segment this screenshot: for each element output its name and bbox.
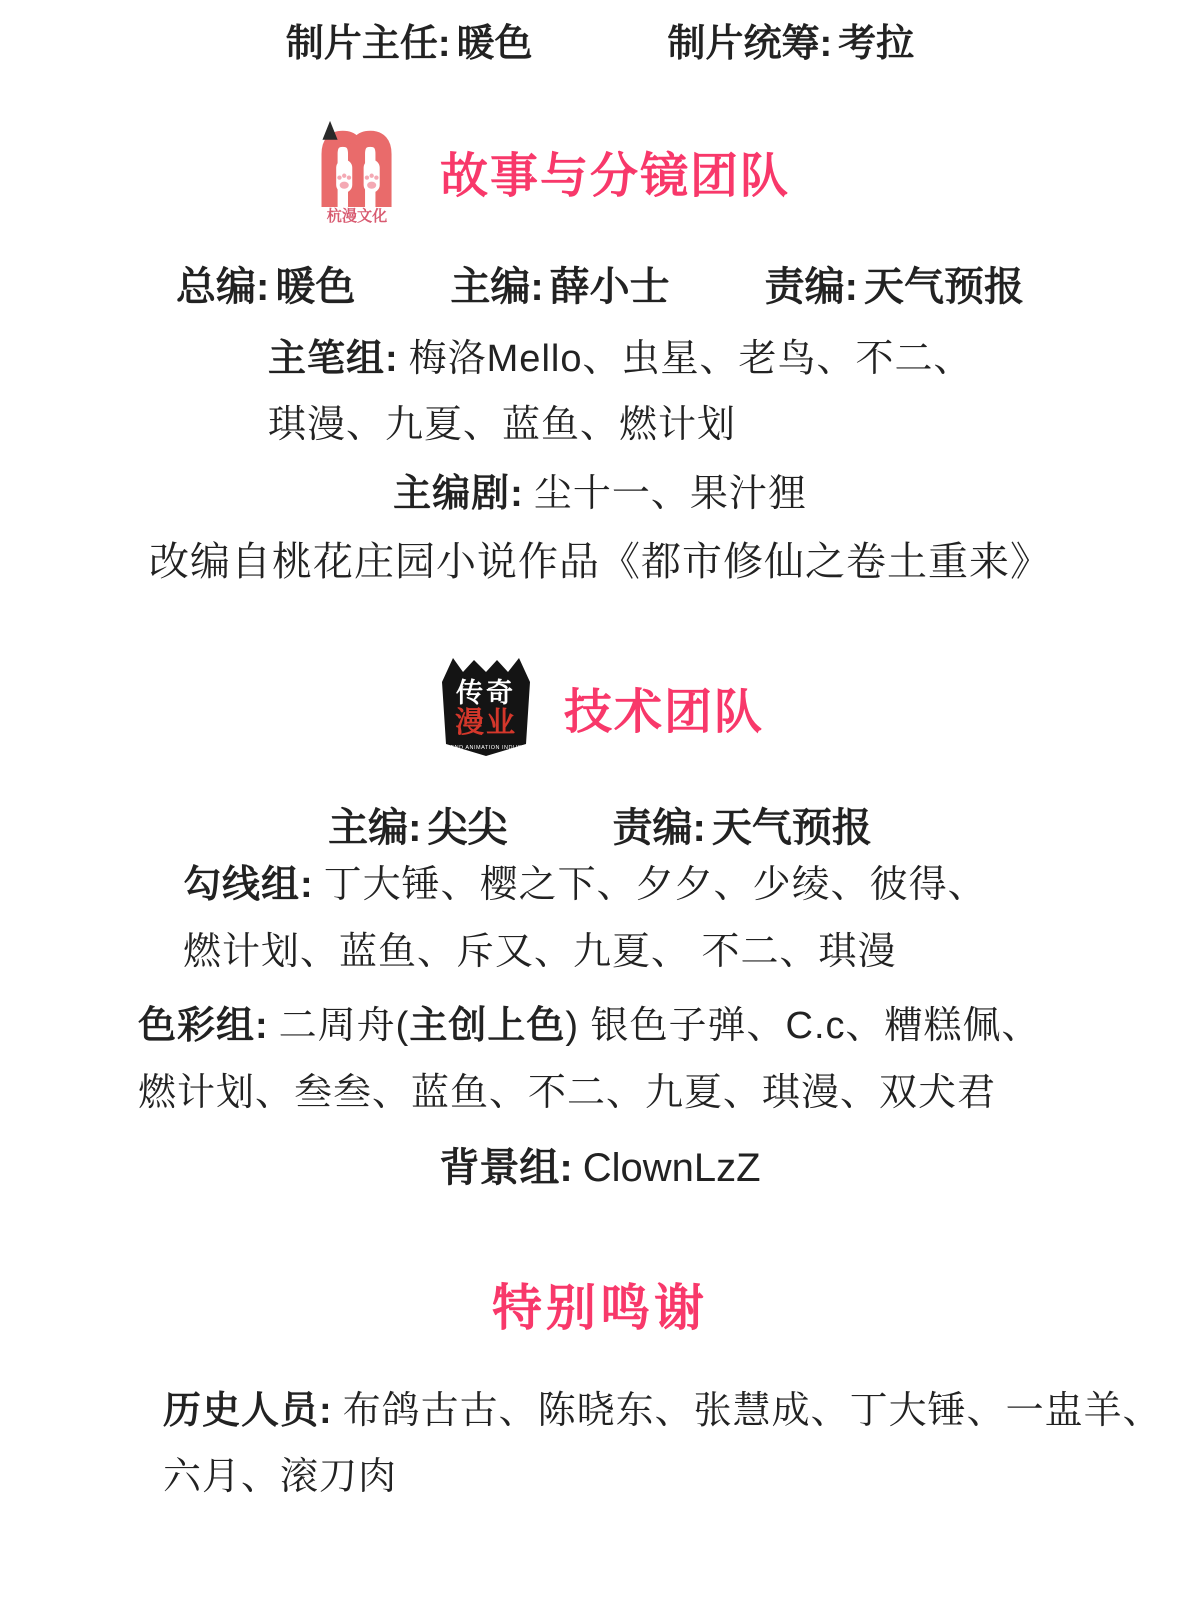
coordinator-label: 制片统筹:: [668, 23, 833, 65]
special-thanks-title: 特别鸣谢: [0, 1268, 1200, 1340]
producer-value: 暖色: [456, 23, 532, 65]
story-team-title: 故事与分镜团队: [440, 137, 790, 206]
tech-responsible-editor-label: 责编:: [613, 806, 706, 850]
tech-managing-editor-label: 主编:: [328, 806, 421, 850]
tech-editors-row: 主编:尖尖 责编:天气预报: [0, 796, 1200, 853]
story-team-header: 杭漫文化 故事与分镜团队: [0, 118, 1152, 224]
producer-credit: 制片主任:暖色: [286, 12, 533, 67]
adaptation-note: 改编自桃花庄园小说作品《都市修仙之卷土重来》: [0, 530, 1200, 587]
legend-logo-line1: 传奇: [456, 677, 516, 708]
color-group-line1: 色彩组:二周舟(主创上色) 银色子弹、C.c、糟糕佩、: [138, 993, 1041, 1060]
outline-group-names-1: 丁大锤、樱之下、夕夕、少绫、彼得、: [324, 864, 987, 906]
color-group-names-1b: ) 银色子弹、C.c、糟糕佩、: [565, 1005, 1040, 1047]
responsible-editor-credit: 责编:天气预报: [765, 255, 1024, 312]
color-group-line2: 燃计划、叁叁、蓝鱼、不二、九夏、琪漫、双犬君: [138, 1060, 1041, 1127]
chief-editor-value: 暖色: [275, 265, 355, 309]
screenwriter-names: 尘十一、果汁狸: [534, 473, 807, 515]
production-credits-row: 制片主任:暖色 制片统筹:考拉: [0, 12, 1200, 67]
responsible-editor-label: 责编:: [765, 265, 858, 309]
credits-page: 制片主任:暖色 制片统筹:考拉 杭漫文化 故事与分镜团队 总编:暖色: [0, 0, 1200, 1618]
managing-editor-value: 薛小士: [550, 265, 670, 309]
legend-animation-logo-icon: 传奇 漫业 LEGEND ANIMATION INDUSTRY: [436, 650, 536, 764]
legend-logo-caption: LEGEND ANIMATION INDUSTRY: [438, 745, 534, 751]
producer-label: 制片主任:: [286, 23, 451, 65]
responsible-editor-value: 天气预报: [864, 265, 1024, 309]
pen-group-block: 主笔组:梅洛Mello、虫星、老鸟、不二、 琪漫、九夏、蓝鱼、燃计划: [268, 326, 972, 458]
history-staff-line2: 六月、滚刀肉: [163, 1444, 1162, 1510]
color-group-names-1a: 二周舟(: [279, 1005, 410, 1047]
outline-group-line1: 勾线组:丁大锤、樱之下、夕夕、少绫、彼得、: [183, 852, 987, 919]
tech-managing-editor-value: 尖尖: [428, 806, 508, 850]
history-staff-names-1: 布鸽古古、陈晓东、张慧成、丁大锤、一盅羊、: [343, 1390, 1162, 1432]
story-editors-row: 总编:暖色 主编:薛小士 责编:天气预报: [0, 255, 1200, 312]
screenwriter-label: 主编剧:: [393, 473, 524, 515]
background-group-value: ClownLzZ: [583, 1146, 761, 1190]
background-group-row: 背景组:ClownLzZ: [0, 1136, 1200, 1193]
pen-group-line1: 主笔组:梅洛Mello、虫星、老鸟、不二、: [268, 326, 972, 392]
managing-editor-label: 主编:: [450, 265, 543, 309]
tech-team-header: 传奇 漫业 LEGEND ANIMATION INDUSTRY 技术团队: [0, 650, 1200, 764]
color-group-block: 色彩组:二周舟(主创上色) 银色子弹、C.c、糟糕佩、 燃计划、叁叁、蓝鱼、不二…: [138, 993, 1041, 1127]
coordinator-credit: 制片统筹:考拉: [668, 12, 915, 67]
hangman-culture-logo-icon: 杭漫文化: [314, 118, 400, 224]
screenwriter-row: 主编剧:尘十一、果汁狸: [0, 462, 1200, 517]
history-staff-line1: 历史人员:布鸽古古、陈晓东、张慧成、丁大锤、一盅羊、: [163, 1378, 1162, 1444]
chief-editor-credit: 总编:暖色: [176, 255, 355, 312]
chief-editor-label: 总编:: [176, 265, 269, 309]
outline-group-label: 勾线组:: [183, 864, 314, 906]
outline-group-block: 勾线组:丁大锤、樱之下、夕夕、少绫、彼得、 燃计划、蓝鱼、斥又、九夏、 不二、琪…: [183, 852, 987, 986]
legend-logo-line2: 漫业: [455, 706, 517, 739]
tech-responsible-editor-value: 天气预报: [712, 806, 872, 850]
pen-group-line2: 琪漫、九夏、蓝鱼、燃计划: [268, 392, 972, 458]
pen-group-label: 主笔组:: [268, 338, 399, 380]
outline-group-line2: 燃计划、蓝鱼、斥又、九夏、 不二、琪漫: [183, 919, 987, 986]
managing-editor-credit: 主编:薛小士: [450, 255, 669, 312]
tech-team-title: 技术团队: [564, 673, 764, 742]
history-staff-block: 历史人员:布鸽古古、陈晓东、张慧成、丁大锤、一盅羊、 六月、滚刀肉: [163, 1378, 1162, 1510]
background-group-label: 背景组:: [439, 1146, 572, 1190]
color-group-label: 色彩组:: [138, 1005, 269, 1047]
color-group-lead-colorist-tag: 主创上色: [409, 1005, 565, 1047]
tech-managing-editor-credit: 主编:尖尖: [328, 796, 507, 853]
history-staff-label: 历史人员:: [163, 1390, 333, 1432]
hangman-culture-logo-text: 杭漫文化: [327, 207, 388, 224]
tech-responsible-editor-credit: 责编:天气预报: [613, 796, 872, 853]
pen-group-names-1: 梅洛Mello、虫星、老鸟、不二、: [409, 338, 973, 380]
coordinator-value: 考拉: [838, 23, 914, 65]
